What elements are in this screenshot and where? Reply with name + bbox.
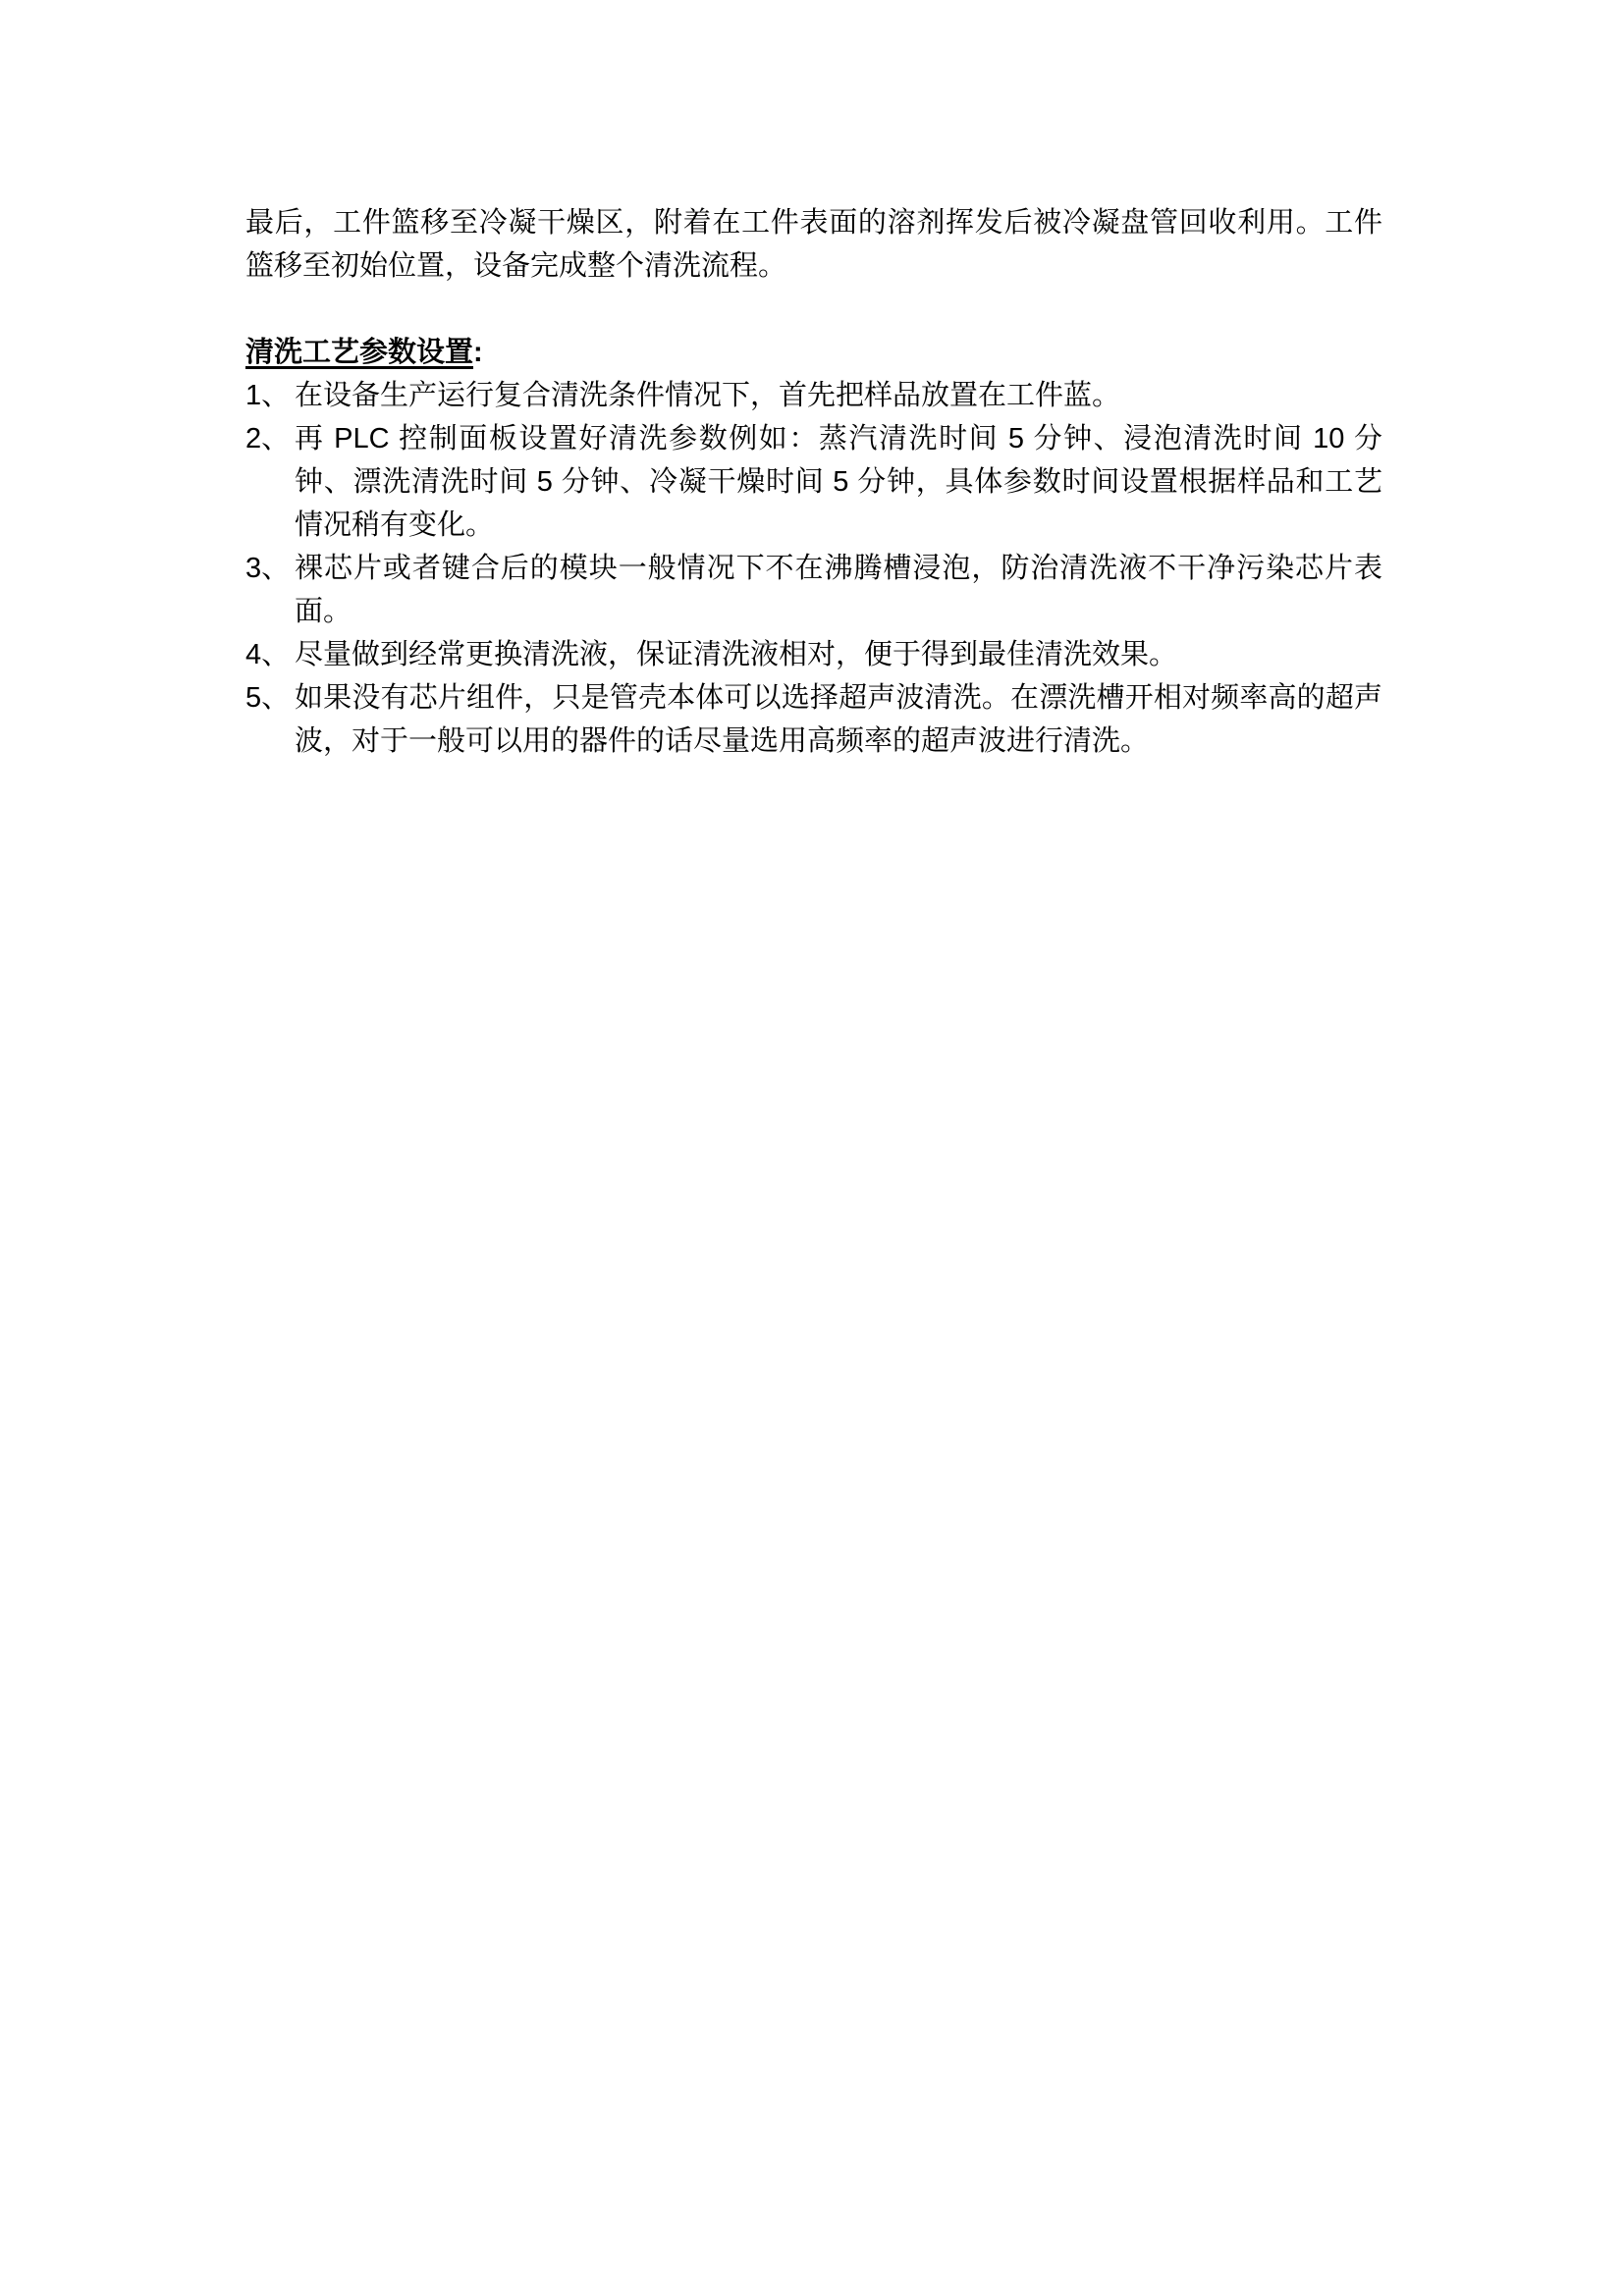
section-heading-text: 清洗工艺参数设置 [245,337,473,368]
list-item-number: 1、 [245,374,295,417]
list-item-number: 4、 [245,633,295,676]
list-item-text: 如果没有芯片组件，只是管壳本体可以选择超声波清洗。在漂洗槽开相对频率高的超声波，… [295,682,1382,757]
list-item: 5、 如果没有芯片组件，只是管壳本体可以选择超声波清洗。在漂洗槽开相对频率高的超… [245,676,1382,763]
blank-line [245,288,1382,331]
list-item: 1、 在设备生产运行复合清洗条件情况下，首先把样品放置在工件蓝。 [245,374,1382,417]
document-page: 最后，工件篮移至冷凝干燥区，附着在工件表面的溶剂挥发后被冷凝盘管回收利用。工件篮… [0,0,1624,2296]
list-item: 3、 裸芯片或者键合后的模块一般情况下不在沸腾槽浸泡，防治清洗液不干净污染芯片表… [245,547,1382,633]
section-heading: 清洗工艺参数设置: [245,331,1382,374]
document-content: 最后，工件篮移至冷凝干燥区，附着在工件表面的溶剂挥发后被冷凝盘管回收利用。工件篮… [245,201,1382,763]
list-item-number: 5、 [245,676,295,720]
list-item-text: 在设备生产运行复合清洗条件情况下，首先把样品放置在工件蓝。 [295,380,1120,411]
list-item-number: 2、 [245,417,295,460]
section-heading-colon: : [473,337,483,368]
list-item: 2、 再 PLC 控制面板设置好清洗参数例如：蒸汽清洗时间 5 分钟、浸泡清洗时… [245,417,1382,547]
list-item-text: 尽量做到经常更换清洗液，保证清洗液相对，便于得到最佳清洗效果。 [295,639,1177,670]
intro-paragraph: 最后，工件篮移至冷凝干燥区，附着在工件表面的溶剂挥发后被冷凝盘管回收利用。工件篮… [245,201,1382,288]
list-item-text: 裸芯片或者键合后的模块一般情况下不在沸腾槽浸泡，防治清洗液不干净污染芯片表面。 [295,553,1382,627]
list-item: 4、 尽量做到经常更换清洗液，保证清洗液相对，便于得到最佳清洗效果。 [245,633,1382,676]
parameter-list: 1、 在设备生产运行复合清洗条件情况下，首先把样品放置在工件蓝。 2、 再 PL… [245,374,1382,763]
list-item-number: 3、 [245,547,295,590]
list-item-text: 再 PLC 控制面板设置好清洗参数例如：蒸汽清洗时间 5 分钟、浸泡清洗时间 1… [295,423,1382,541]
